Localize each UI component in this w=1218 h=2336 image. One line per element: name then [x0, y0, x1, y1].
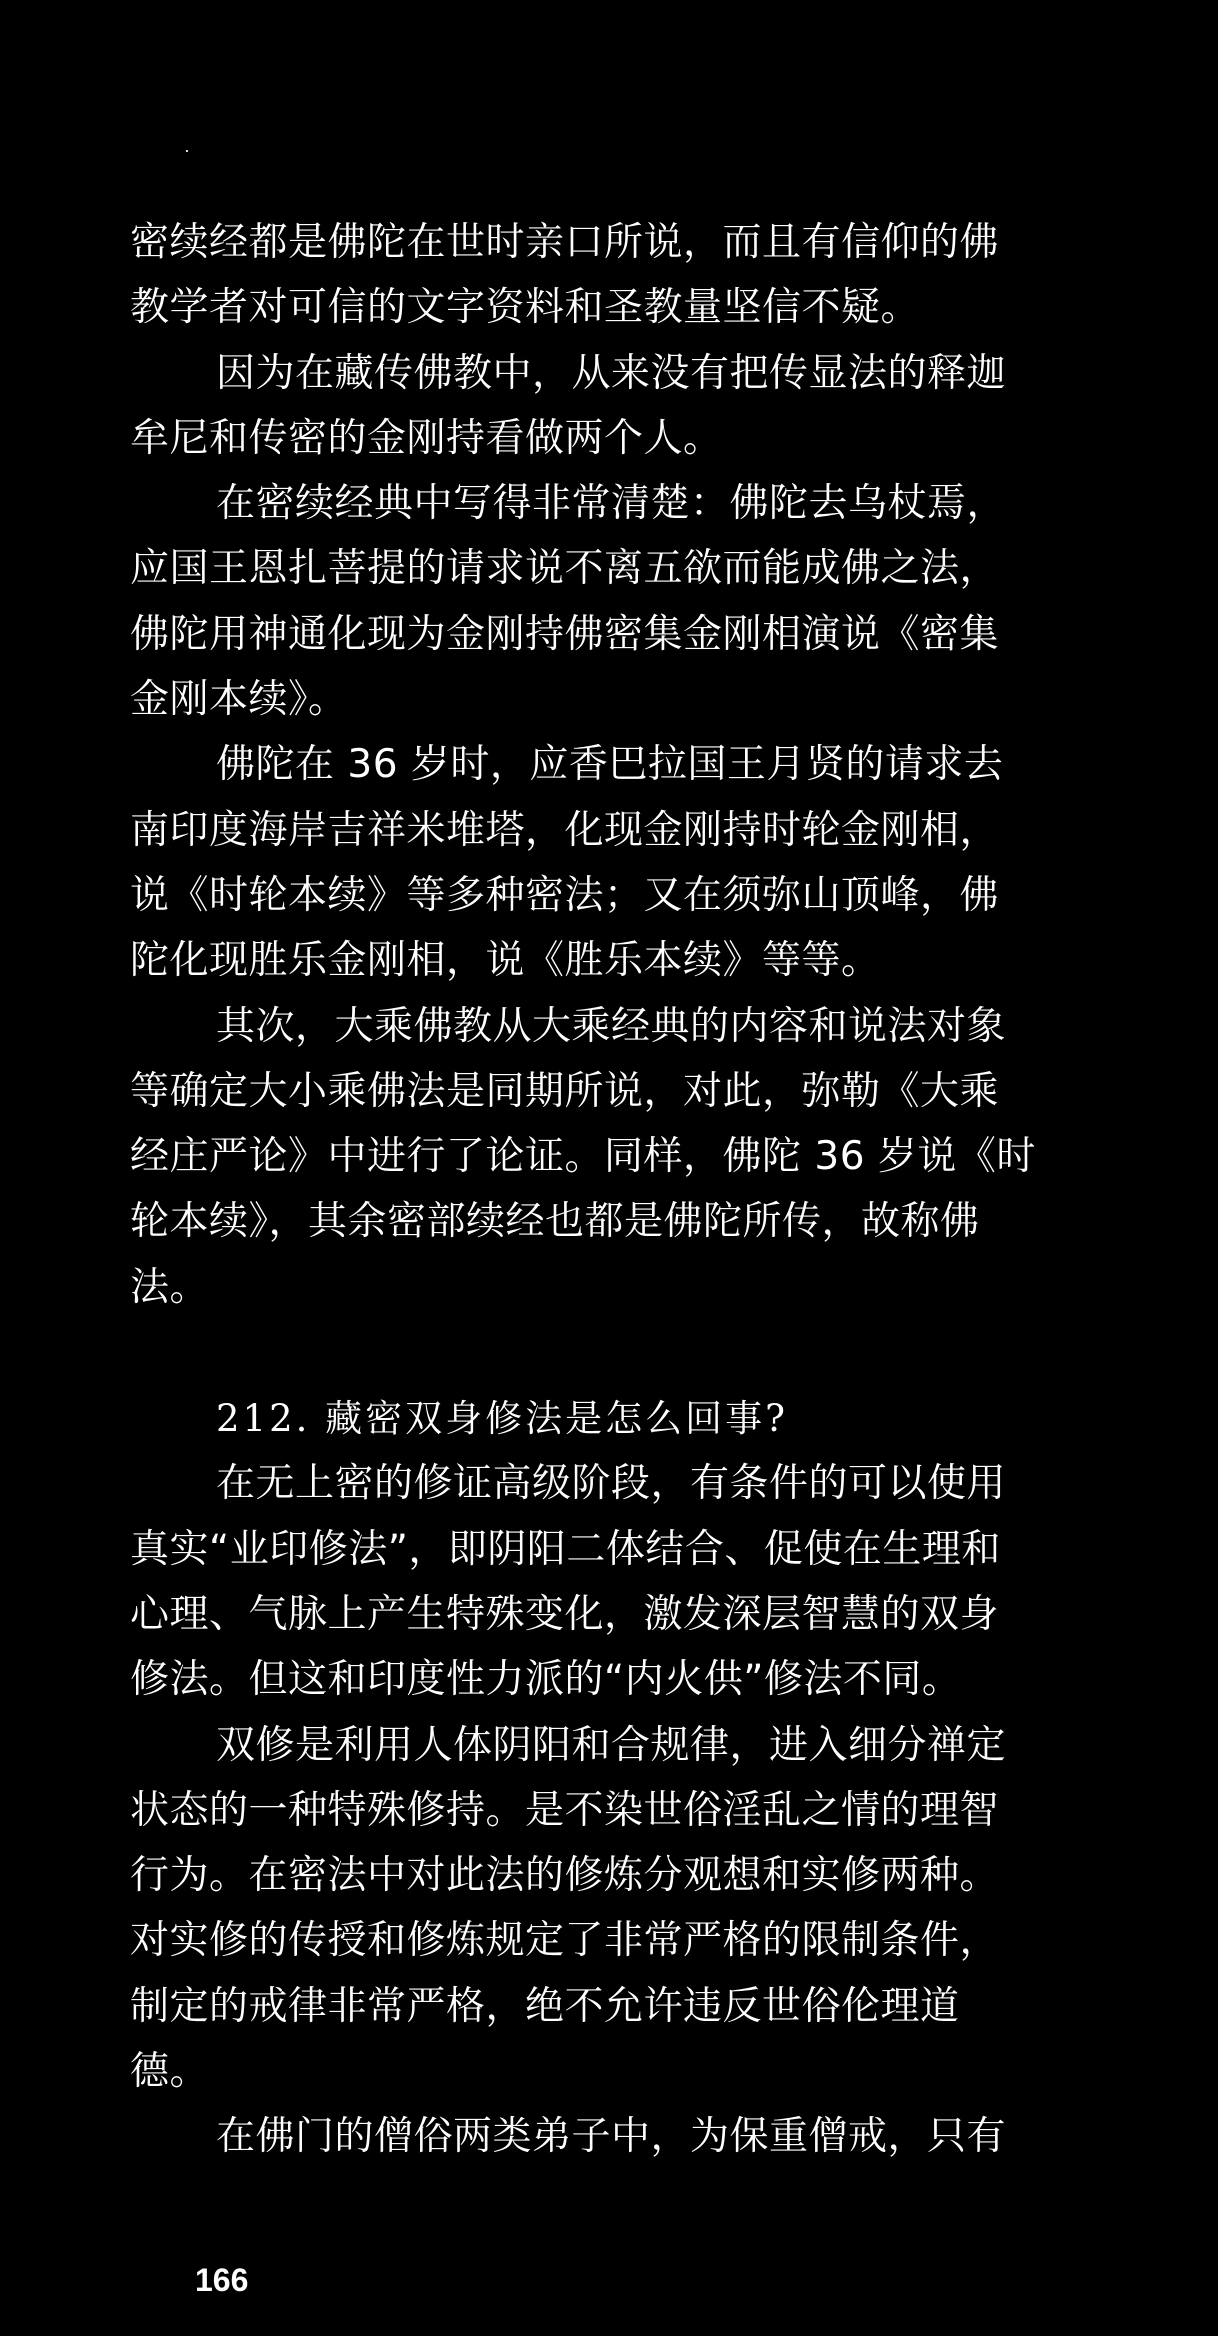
- paragraph: 在佛门的僧俗两类弟子中，为保重僧戒，只有: [130, 2104, 1080, 2169]
- text-line: 在佛门的僧俗两类弟子中，为保重僧戒，只有: [130, 2104, 1080, 2169]
- section-heading: 212. 藏密双身修法是怎么回事?: [130, 1386, 1080, 1451]
- text-line: 法。: [130, 1255, 1080, 1320]
- text-line: 其次，大乘佛教从大乘经典的内容和说法对象: [130, 994, 1080, 1059]
- text-line: 心理、气脉上产生特殊变化，激发深层智慧的双身: [130, 1582, 1080, 1647]
- paragraph: 因为在藏传佛教中，从来没有把传显法的释迦 牟尼和传密的金刚持看做两个人。: [130, 341, 1080, 472]
- text-line: 因为在藏传佛教中，从来没有把传显法的释迦: [130, 341, 1080, 406]
- text-line: 应国王恩扎菩提的请求说不离五欲而能成佛之法，: [130, 536, 1080, 601]
- paragraph: 双修是利用人体阴阳和合规律，进入细分禅定 状态的一种特殊修持。是不染世俗淫乱之情…: [130, 1713, 1080, 2105]
- text-line: 轮本续》，其余密部续经也都是佛陀所传，故称佛: [130, 1189, 1080, 1254]
- text-line: 牟尼和传密的金刚持看做两个人。: [130, 406, 1080, 471]
- paragraph: 佛陀在 36 岁时，应香巴拉国王月贤的请求去 南印度海岸吉祥米堆塔，化现金刚持时…: [130, 732, 1080, 993]
- text-line: 佛陀在 36 岁时，应香巴拉国王月贤的请求去: [130, 732, 1080, 797]
- text-line: 南印度海岸吉祥米堆塔，化现金刚持时轮金刚相，: [130, 798, 1080, 863]
- paragraph: 其次，大乘佛教从大乘经典的内容和说法对象 等确定大小乘佛法是同期所说，对此，弥勒…: [130, 994, 1080, 1320]
- text-line: 金刚本续》。: [130, 667, 1080, 732]
- text-line: 双修是利用人体阴阳和合规律，进入细分禅定: [130, 1713, 1080, 1778]
- text-line: 密续经都是佛陀在世时亲口所说，而且有信仰的佛: [130, 210, 1080, 275]
- paragraph: 在无上密的修证高级阶段，有条件的可以使用 真实“业印修法”，即阴阳二体结合、促使…: [130, 1451, 1080, 1712]
- text-line: 陀化现胜乐金刚相，说《胜乐本续》等等。: [130, 928, 1080, 993]
- text-line: 佛陀用神通化现为金刚持佛密集金刚相演说《密集: [130, 602, 1080, 667]
- text-line: 制定的戒律非常严格，绝不允许违反世俗伦理道: [130, 1974, 1080, 2039]
- text-line: 对实修的传授和修炼规定了非常严格的限制条件，: [130, 1908, 1080, 1973]
- text-line: 经庄严论》中进行了论证。同样，佛陀 36 岁说《时: [130, 1124, 1080, 1189]
- text-line: 德。: [130, 2039, 1080, 2104]
- page-body: 密续经都是佛陀在世时亲口所说，而且有信仰的佛 教学者对可信的文字资料和圣教量坚信…: [130, 210, 1080, 2170]
- text-line: 行为。在密法中对此法的修炼分观想和实修两种。: [130, 1843, 1080, 1908]
- text-line: 在无上密的修证高级阶段，有条件的可以使用: [130, 1451, 1080, 1516]
- paragraph: 密续经都是佛陀在世时亲口所说，而且有信仰的佛 教学者对可信的文字资料和圣教量坚信…: [130, 210, 1080, 341]
- text-line: 教学者对可信的文字资料和圣教量坚信不疑。: [130, 275, 1080, 340]
- scan-speck: [186, 150, 188, 152]
- page-number: 166: [195, 2262, 248, 2299]
- text-line: 真实“业印修法”，即阴阳二体结合、促使在生理和: [130, 1517, 1080, 1582]
- text-line: 修法。但这和印度性力派的“内火供”修法不同。: [130, 1647, 1080, 1712]
- text-line: 在密续经典中写得非常清楚：佛陀去乌杖焉，: [130, 471, 1080, 536]
- text-line: 等确定大小乘佛法是同期所说，对此，弥勒《大乘: [130, 1059, 1080, 1124]
- paragraph: 在密续经典中写得非常清楚：佛陀去乌杖焉， 应国王恩扎菩提的请求说不离五欲而能成佛…: [130, 471, 1080, 732]
- text-line: 说《时轮本续》等多种密法；又在须弥山顶峰，佛: [130, 863, 1080, 928]
- text-line: 状态的一种特殊修持。是不染世俗淫乱之情的理智: [130, 1778, 1080, 1843]
